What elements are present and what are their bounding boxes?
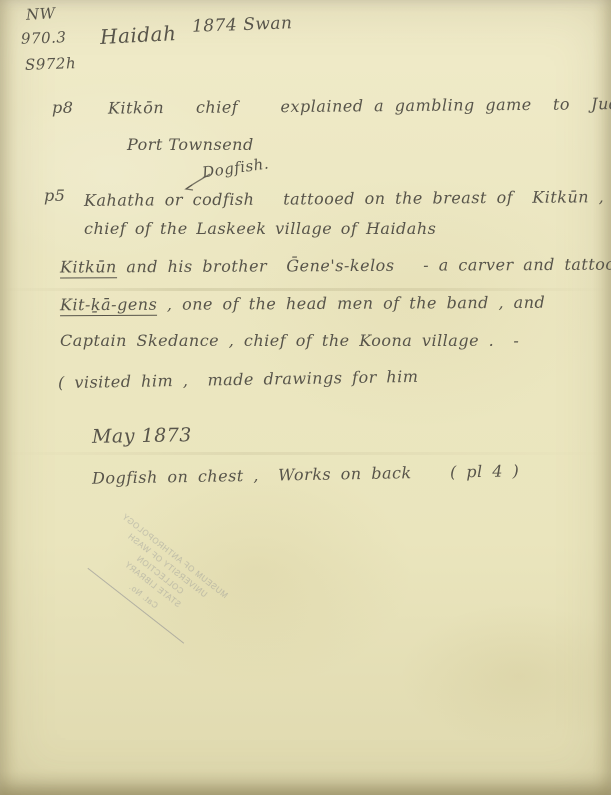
note-p8-place: Port Townsend (127, 136, 254, 154)
tattoo-placement-note: Dogfish on chest , Works on back ( pl 4 … (92, 462, 520, 487)
note-p5-line1: Kahatha or codfish tattooed on the breas… (84, 188, 611, 209)
date-note: May 1873 (92, 425, 192, 448)
call-number-line-2: 970.3 (21, 29, 67, 47)
page-ref-p5: p5 (44, 187, 65, 205)
page-title: Haidah (99, 22, 176, 48)
call-number-line-1: NW (26, 5, 56, 23)
paragraph-line-1: Kitkūn and his brother Ḡene's-kelos - a … (60, 255, 611, 276)
paper-crease (0, 288, 611, 291)
paragraph-line-1-rest: and his brother Ḡene's-kelos - a carver … (117, 254, 611, 276)
scanned-note-page: NW 970.3 S972h Haidah 1874 Swan p8 Kitkō… (0, 0, 611, 795)
kitkagens-name-underlined: Kit-ḵā-gens (60, 295, 157, 317)
library-stamp: MUSEUM OF ANTHROPOLOGY UNIVERSITY OF WAS… (27, 496, 249, 709)
note-p8-text: Kitkōn chief explained a gambling game t… (108, 94, 611, 117)
paragraph-line-2-rest: , one of the head men of the band , and (157, 293, 545, 314)
library-stamp-line-3: COLLECTION (85, 515, 234, 635)
paragraph-line-3: Captain Skedance , chief of the Koona vi… (60, 332, 519, 350)
paragraph-line-4: ( visited him , made drawings for him (58, 368, 419, 392)
library-stamp-line-2: UNIVERSITY OF WASH (92, 506, 241, 626)
kitkun-name-underlined: Kitkūn (60, 257, 117, 278)
note-p5-line2: chief of the Laskeek village of Haidahs (84, 220, 436, 238)
paper-crease (0, 452, 611, 455)
page-ref-p8: p8 (52, 99, 73, 117)
paragraph-line-2: Kit-ḵā-gens , one of the head men of the… (60, 294, 545, 314)
source-citation: 1874 Swan (192, 14, 293, 36)
call-number-line-3: S972h (25, 55, 77, 73)
